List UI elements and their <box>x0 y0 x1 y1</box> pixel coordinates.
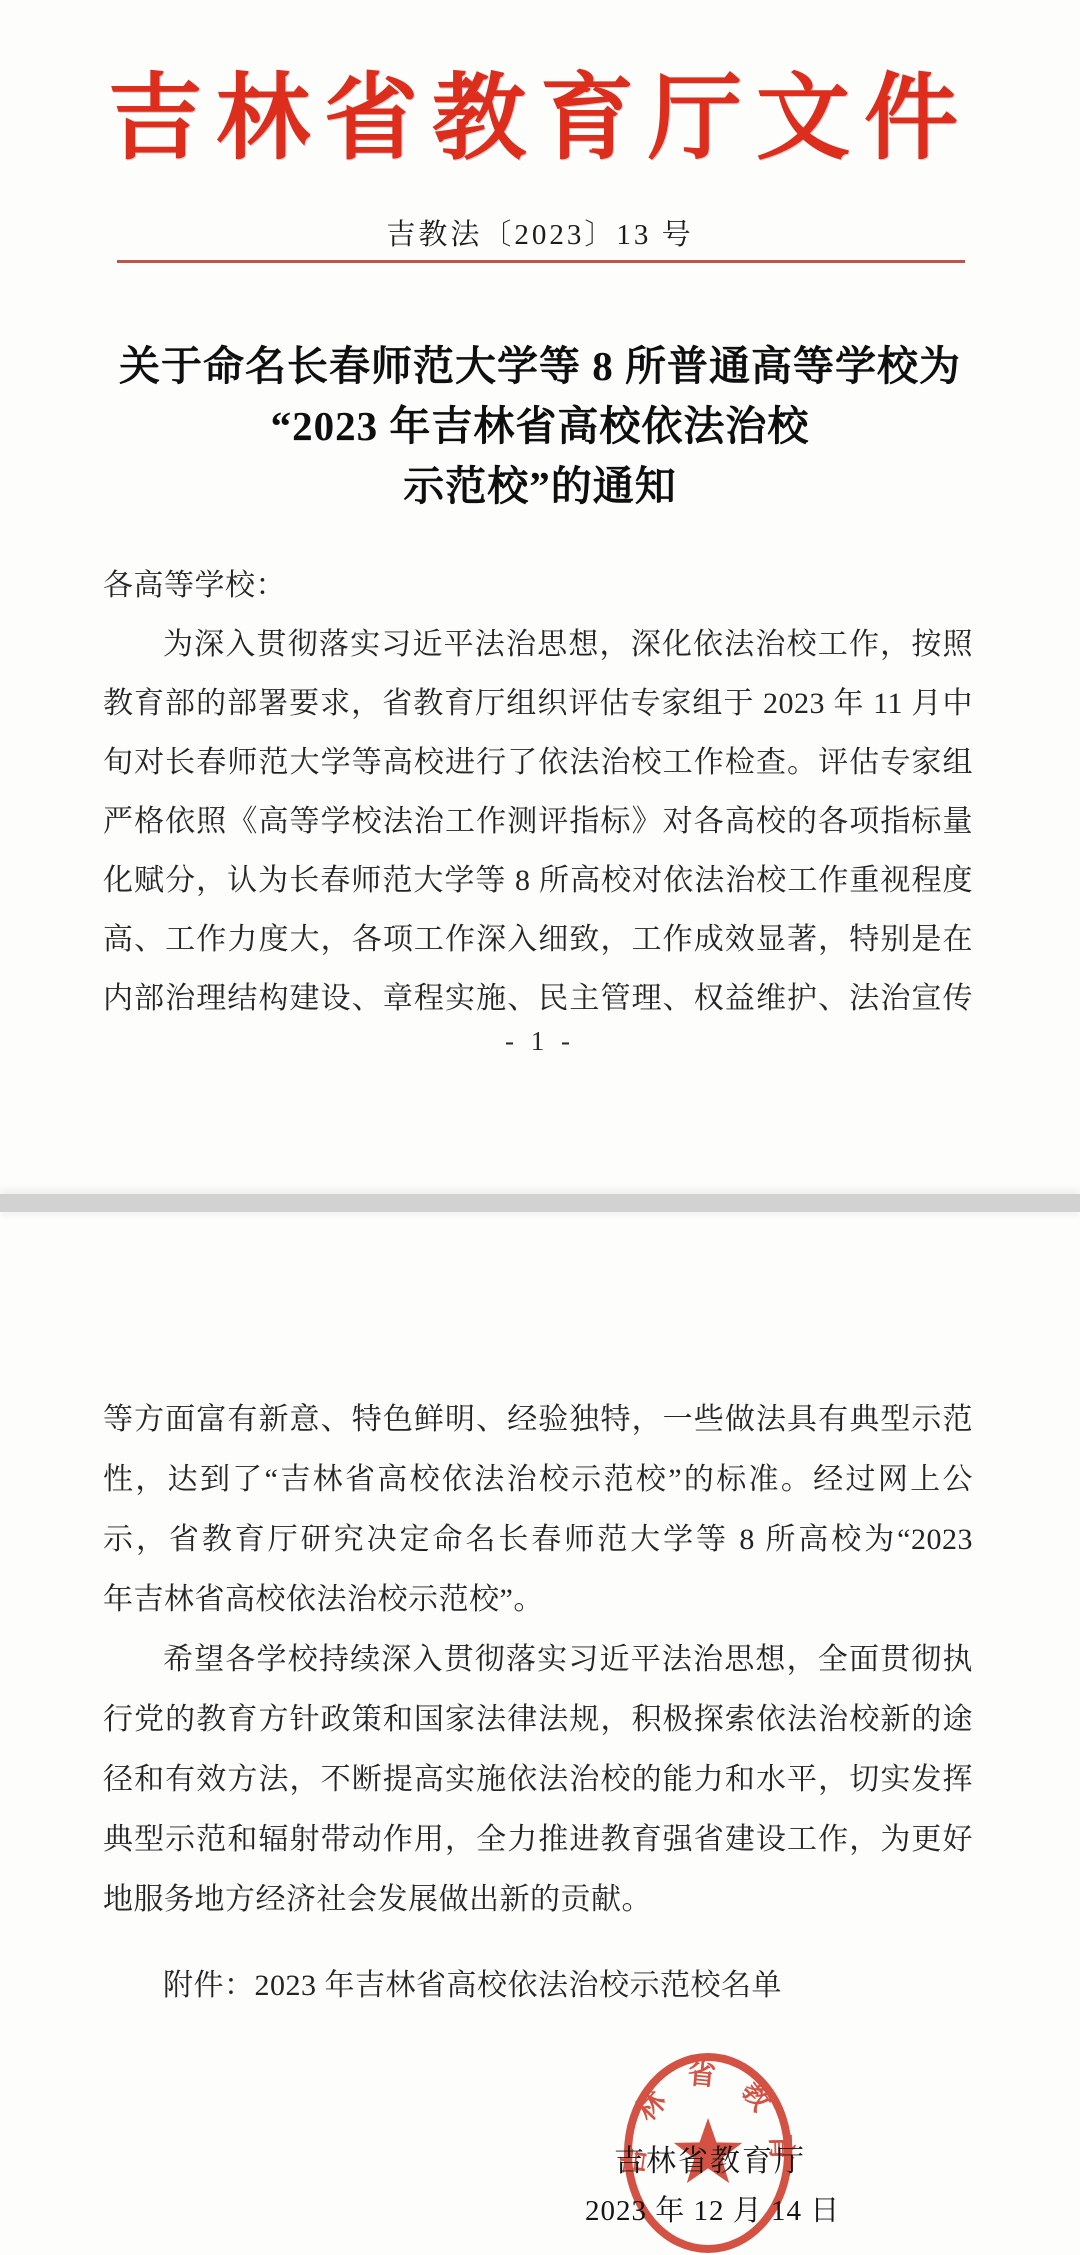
body-line: 地服务地方经济社会发展做出新的贡献。 <box>103 1870 973 1930</box>
page1-body: 各高等学校： 为深入贯彻落实习近平法治思想，深化依法治校工作，按照 教育部的部署… <box>103 556 973 1028</box>
letterhead-title: 吉林省教育厅文件 <box>0 59 1080 179</box>
page-number: - 1 - <box>0 1026 1080 1057</box>
body-line: 为深入贯彻落实习近平法治思想，深化依法治校工作，按照 <box>103 615 973 674</box>
notice-title-line-3: 示范校”的通知 <box>0 456 1080 516</box>
document-number: 吉教法〔2023〕13 号 <box>0 212 1080 253</box>
body-line: 严格依照《高等学校法治工作测评指标》对各高校的各项指标量 <box>103 792 973 851</box>
body-line: 示，省教育厅研究决定命名长春师范大学等 8 所高校为“2023 <box>103 1510 973 1570</box>
body-line: 化赋分，认为长春师范大学等 8 所高校对依法治校工作重视程度 <box>103 851 973 910</box>
body-line: 旬对长春师范大学等高校进行了依法治校工作检查。评估专家组 <box>103 733 973 792</box>
body-line: 高、工作力度大，各项工作深入细致，工作成效显著，特别是在 <box>103 910 973 969</box>
body-line: 希望各学校持续深入贯彻落实习近平法治思想，全面贯彻执 <box>103 1630 973 1690</box>
body-line: 典型示范和辐射带动作用，全力推进教育强省建设工作，为更好 <box>103 1810 973 1870</box>
body-line: 内部治理结构建设、章程实施、民主管理、权益维护、法治宣传 <box>103 969 973 1028</box>
scanned-official-document: 吉林省教育厅文件 吉教法〔2023〕13 号 关于命名长春师范大学等 8 所普通… <box>0 0 1080 2255</box>
body-line: 教育部的部署要求，省教育厅组织评估专家组于 2023 年 11 月中 <box>103 674 973 733</box>
issue-date: 2023 年 12 月 14 日 <box>585 2188 835 2229</box>
attachment-line: 附件：2023 年吉林省高校依法治校示范校名单 <box>103 1966 973 2006</box>
body-line: 年吉林省高校依法治校示范校”。 <box>103 1570 973 1630</box>
body-line: 等方面富有新意、特色鲜明、经验独特，一些做法具有典型示范 <box>103 1390 973 1450</box>
page2-body: 等方面富有新意、特色鲜明、经验独特，一些做法具有典型示范 性，达到了“吉林省高校… <box>103 1390 973 1930</box>
body-line: 行党的教育方针政策和国家法律法规，积极探索依法治校新的途 <box>103 1690 973 1750</box>
notice-title-line-2: “2023 年吉林省高校依法治校 <box>0 396 1080 456</box>
body-line: 径和有效方法，不断提高实施依法治校的能力和水平，切实发挥 <box>103 1750 973 1810</box>
issuing-agency-signature: 吉林省教育厅 <box>600 2136 820 2180</box>
letterhead-rule <box>117 260 965 263</box>
salutation: 各高等学校： <box>103 556 973 615</box>
body-line: 性，达到了“吉林省高校依法治校示范校”的标准。经过网上公 <box>103 1450 973 1510</box>
page-break-divider <box>0 1194 1080 1212</box>
notice-title: 关于命名长春师范大学等 8 所普通高等学校为 “2023 年吉林省高校依法治校 … <box>0 336 1080 516</box>
notice-title-line-1: 关于命名长春师范大学等 8 所普通高等学校为 <box>0 336 1080 396</box>
